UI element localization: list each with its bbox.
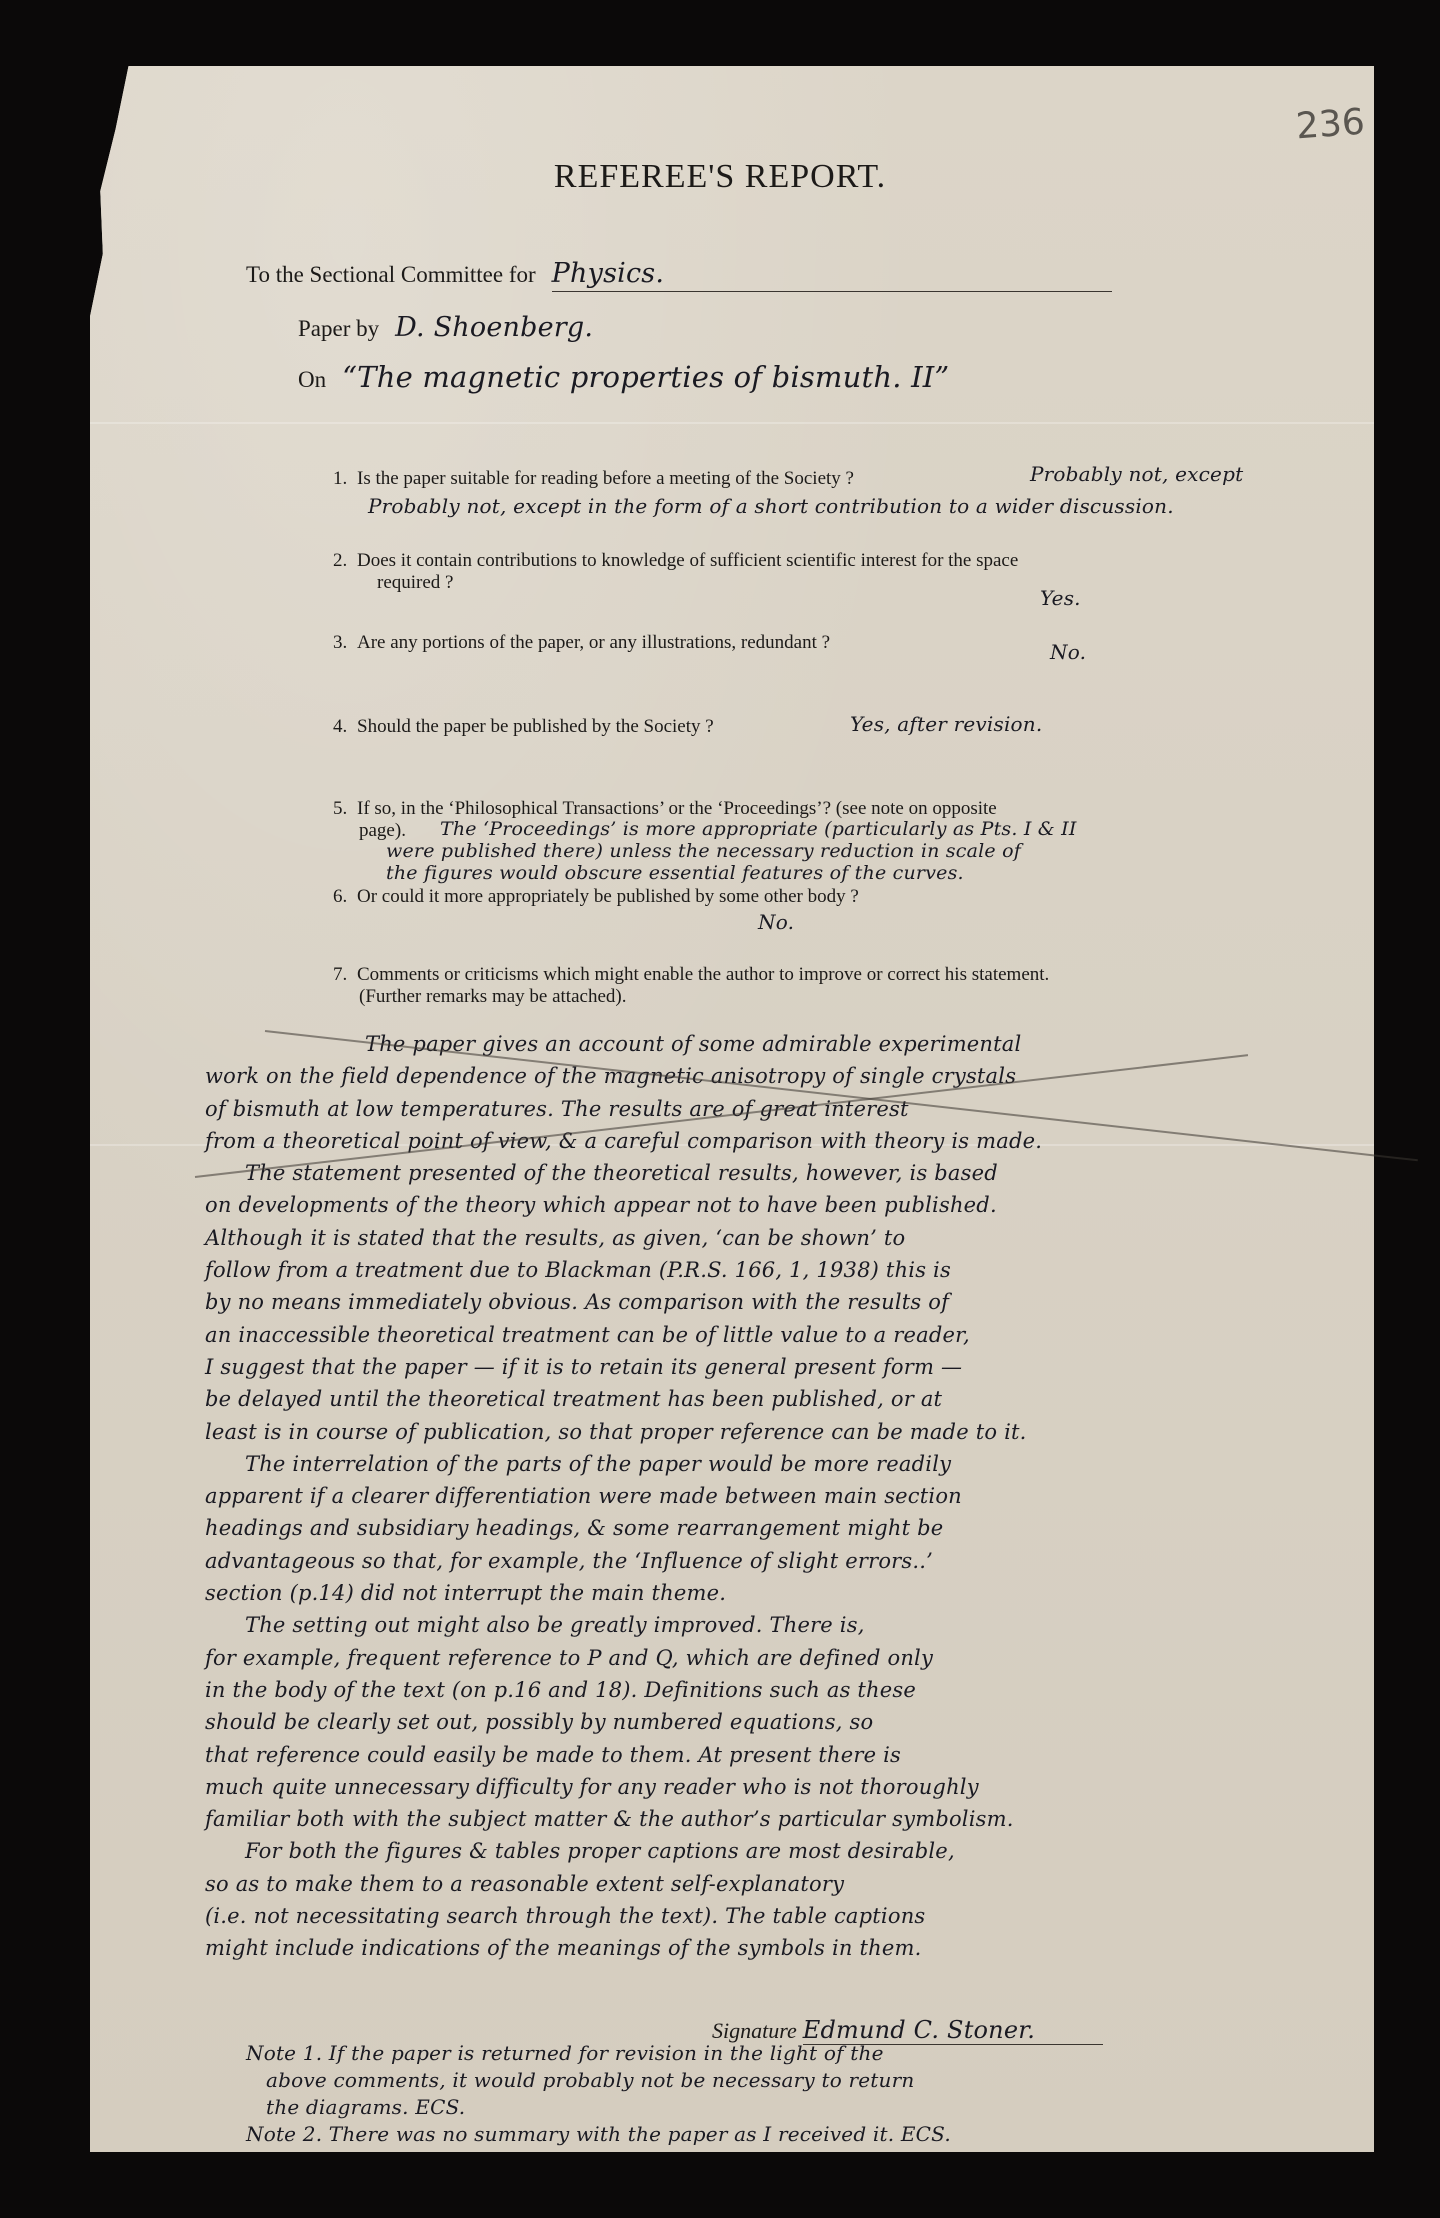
question-text-cont: (Further remarks may be attached).: [333, 986, 1293, 1008]
comment-line: (i.e. not necessitating search through t…: [205, 1900, 1355, 1932]
comment-line: might include indications of the meaning…: [205, 1932, 1355, 1964]
note-line: the diagrams. ECS.: [246, 2094, 1346, 2121]
answer-5-line-2: were published there) unless the necessa…: [386, 840, 1286, 862]
comment-line: in the body of the text (on p.16 and 18)…: [205, 1674, 1355, 1706]
question-text: Are any portions of the paper, or any il…: [357, 632, 830, 653]
question-text-cont: required ?: [333, 572, 1213, 594]
question-number: 4.: [333, 716, 357, 738]
question-6: 6.Or could it more appropriately be publ…: [333, 886, 1213, 908]
comment-line: on developments of the theory which appe…: [205, 1189, 1355, 1221]
report-title: REFEREE'S REPORT.: [0, 158, 1440, 196]
question-text: Does it contain contributions to knowled…: [357, 550, 1018, 571]
note-line: above comments, it would probably not be…: [246, 2067, 1346, 2094]
question-number: 5.: [333, 798, 357, 820]
question-text: Is the paper suitable for reading before…: [357, 468, 854, 489]
comment-line: section (p.14) did not interrupt the mai…: [205, 1577, 1355, 1609]
comment-line: so as to make them to a reasonable exten…: [205, 1868, 1355, 1900]
comment-line: follow from a treatment due to Blackman …: [205, 1254, 1355, 1286]
comment-line: The setting out might also be greatly im…: [205, 1609, 1355, 1641]
answer-6: No.: [758, 910, 794, 934]
comment-line: for example, frequent reference to P and…: [205, 1642, 1355, 1674]
comment-line: familiar both with the subject matter & …: [205, 1803, 1355, 1835]
answer-3: No.: [1050, 640, 1086, 664]
question-2: 2.Does it contain contributions to knowl…: [333, 550, 1213, 594]
comment-line: that reference could easily be made to t…: [205, 1739, 1355, 1771]
referee-notes: Note 1. If the paper is returned for rev…: [246, 2040, 1346, 2148]
comment-line: should be clearly set out, possibly by n…: [205, 1706, 1355, 1738]
paper-by-label: Paper by: [298, 316, 379, 342]
note-line: Note 2. There was no summary with the pa…: [246, 2121, 1346, 2148]
question-text: Or could it more appropriately be publis…: [357, 886, 859, 907]
paper-fold: [90, 422, 1374, 424]
question-number: 3.: [333, 632, 357, 654]
comment-line: much quite unnecessary difficulty for an…: [205, 1771, 1355, 1803]
comment-line: Although it is stated that the results, …: [205, 1222, 1355, 1254]
paper-by-value: D. Shoenberg.: [395, 312, 593, 343]
committee-label: To the Sectional Committee for: [246, 262, 536, 288]
comment-line: from a theoretical point of view, & a ca…: [205, 1125, 1355, 1157]
comment-line: by no means immediately obvious. As comp…: [205, 1286, 1355, 1318]
comment-line: The interrelation of the parts of the pa…: [205, 1448, 1355, 1480]
question-text: If so, in the ‘Philosophical Transaction…: [357, 798, 997, 819]
comment-line: apparent if a clearer differentiation we…: [205, 1480, 1355, 1512]
answer-5-line-3: the figures would obscure essential feat…: [386, 862, 1286, 884]
struck-paragraph: The paper gives an account of some admir…: [205, 1028, 1355, 1157]
answer-1a: Probably not, except: [1030, 462, 1330, 486]
comment-line: be delayed until the theoretical treatme…: [205, 1383, 1355, 1415]
note-line: Note 1. If the paper is returned for rev…: [246, 2040, 1346, 2067]
question-text: Comments or criticisms which might enabl…: [357, 964, 1049, 985]
question-number: 1.: [333, 468, 357, 490]
question-4: 4.Should the paper be published by the S…: [333, 716, 1213, 738]
paper-title-field: On “The magnetic properties of bismuth. …: [298, 360, 949, 394]
paper-title-value: “The magnetic properties of bismuth. II”: [342, 360, 949, 394]
comment-line: advantageous so that, for example, the ‘…: [205, 1545, 1355, 1577]
question-number: 7.: [333, 964, 357, 986]
comment-line: The statement presented of the theoretic…: [205, 1157, 1355, 1189]
answer-2: Yes.: [1040, 586, 1081, 610]
comments-body: The paper gives an account of some admir…: [205, 1028, 1355, 1965]
comment-line: least is in course of publication, so th…: [205, 1416, 1355, 1448]
answer-4: Yes, after revision.: [850, 712, 1042, 736]
answer-5-line-1: The ‘Proceedings’ is more appropriate (p…: [440, 818, 1340, 840]
paper-by-field: Paper by D. Shoenberg.: [298, 312, 593, 343]
committee-field: To the Sectional Committee for Physics.: [246, 258, 1112, 292]
answer-1: Probably not, except in the form of a sh…: [368, 494, 1268, 518]
comment-line: headings and subsidiary headings, & some…: [205, 1512, 1355, 1544]
committee-value: Physics.: [552, 258, 1112, 292]
page-number: 236: [1295, 102, 1366, 148]
question-7: 7.Comments or criticisms which might ena…: [333, 964, 1293, 1008]
question-number: 6.: [333, 886, 357, 908]
paper-title-label: On: [298, 367, 326, 393]
question-number: 2.: [333, 550, 357, 572]
comment-line: For both the figures & tables proper cap…: [205, 1835, 1355, 1867]
question-text: Should the paper be published by the Soc…: [357, 716, 714, 737]
comment-line: I suggest that the paper — if it is to r…: [205, 1351, 1355, 1383]
comment-line: an inaccessible theoretical treatment ca…: [205, 1319, 1355, 1351]
